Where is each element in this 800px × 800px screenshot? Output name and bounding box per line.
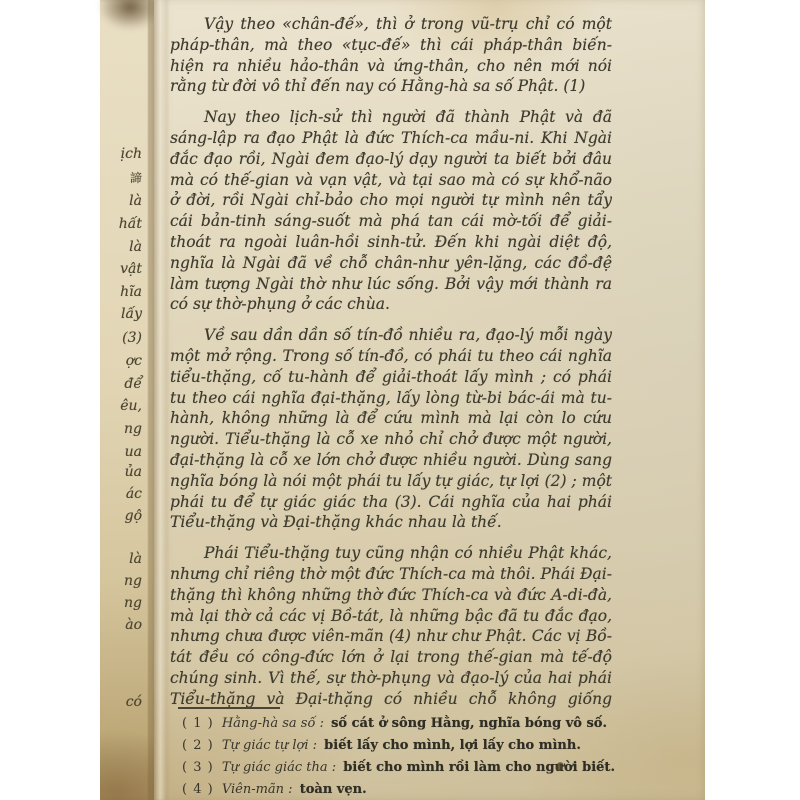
footnote-term: Tự giác giác tha :: [218, 760, 336, 775]
footnote-separator-rule: [178, 707, 280, 709]
footnote-definition: biết lấy cho mình, lợi lấy cho mình.: [321, 738, 581, 753]
footnote-term: Hằng-hà sa số :: [218, 716, 324, 731]
footnote-4: ( 4 ) Viên-mãn : toàn vẹn.: [182, 779, 670, 800]
body-paragraph-2: Nay theo lịch-sử thì người đã thành Phật…: [170, 107, 612, 315]
left-fragment: lấy: [100, 306, 144, 322]
footnote-2: ( 2 ) Tự giác tự lợi : biết lấy cho mình…: [182, 735, 670, 757]
footnote-marker: ( 1 ): [182, 716, 214, 731]
left-fragment: ua: [100, 444, 144, 460]
footnote-marker: ( 3 ): [182, 760, 214, 775]
body-paragraph-3: Về sau dần dần số tín-đồ nhiều ra, đạo-l…: [170, 325, 612, 533]
left-fragment: là: [100, 551, 144, 567]
footnotes: ( 1 ) Hằng-hà sa số : số cát ở sông Hằng…: [182, 713, 670, 800]
left-fragment: ng: [100, 595, 144, 611]
body-text: Vậy theo «chân-đế», thì ở trong vũ-trụ c…: [170, 14, 612, 708]
left-fragment: ng: [100, 573, 144, 589]
body-paragraph-1: Vậy theo «chân-đế», thì ở trong vũ-trụ c…: [170, 14, 612, 97]
photo-backdrop: { "colors":{ "backdrop":"#ffffff", "pape…: [0, 0, 800, 800]
footnote-1: ( 1 ) Hằng-hà sa số : số cát ở sông Hằng…: [182, 713, 670, 735]
page-gutter-crease: [148, 0, 170, 800]
left-fragment: hất: [100, 216, 144, 232]
left-fragment: có: [100, 694, 144, 710]
footnote-definition: biết cho mình rồi làm cho người biết.: [340, 760, 615, 775]
left-fragment: gộ: [100, 508, 144, 524]
left-fragment: ác: [100, 486, 144, 502]
body-paragraph-4: Phái Tiểu-thặng tuy cũng nhận có nhiều P…: [170, 543, 612, 708]
left-fragment: là: [100, 193, 144, 209]
left-fragment: để: [100, 376, 144, 392]
footnote-3: ( 3 ) Tự giác giác tha : biết cho mình r…: [182, 757, 670, 779]
footnote-term: Tự giác tự lợi :: [218, 738, 317, 753]
left-fragment: hĩa: [100, 284, 144, 300]
footnote-definition: số cát ở sông Hằng, nghĩa bóng vô số.: [328, 716, 607, 731]
left-fragment: ng: [100, 421, 144, 437]
footnote-marker: ( 2 ): [182, 738, 214, 753]
left-fragment: ợc: [100, 353, 144, 369]
left-fragment: êu,: [100, 398, 144, 414]
left-fragment-cjk-glyph: 諦: [100, 170, 144, 186]
footnote-term: Viên-mãn :: [218, 782, 293, 797]
footnote-marker: ( 4 ): [182, 782, 214, 797]
left-fragment: ịch: [100, 146, 144, 162]
footnote-definition: toàn vẹn.: [297, 782, 367, 797]
left-fragment: ủa: [100, 464, 144, 480]
left-fragment: ào: [100, 617, 144, 633]
left-fragment: vật: [100, 261, 144, 277]
left-fragment: là: [100, 239, 144, 255]
left-fragment: (3): [100, 330, 144, 346]
